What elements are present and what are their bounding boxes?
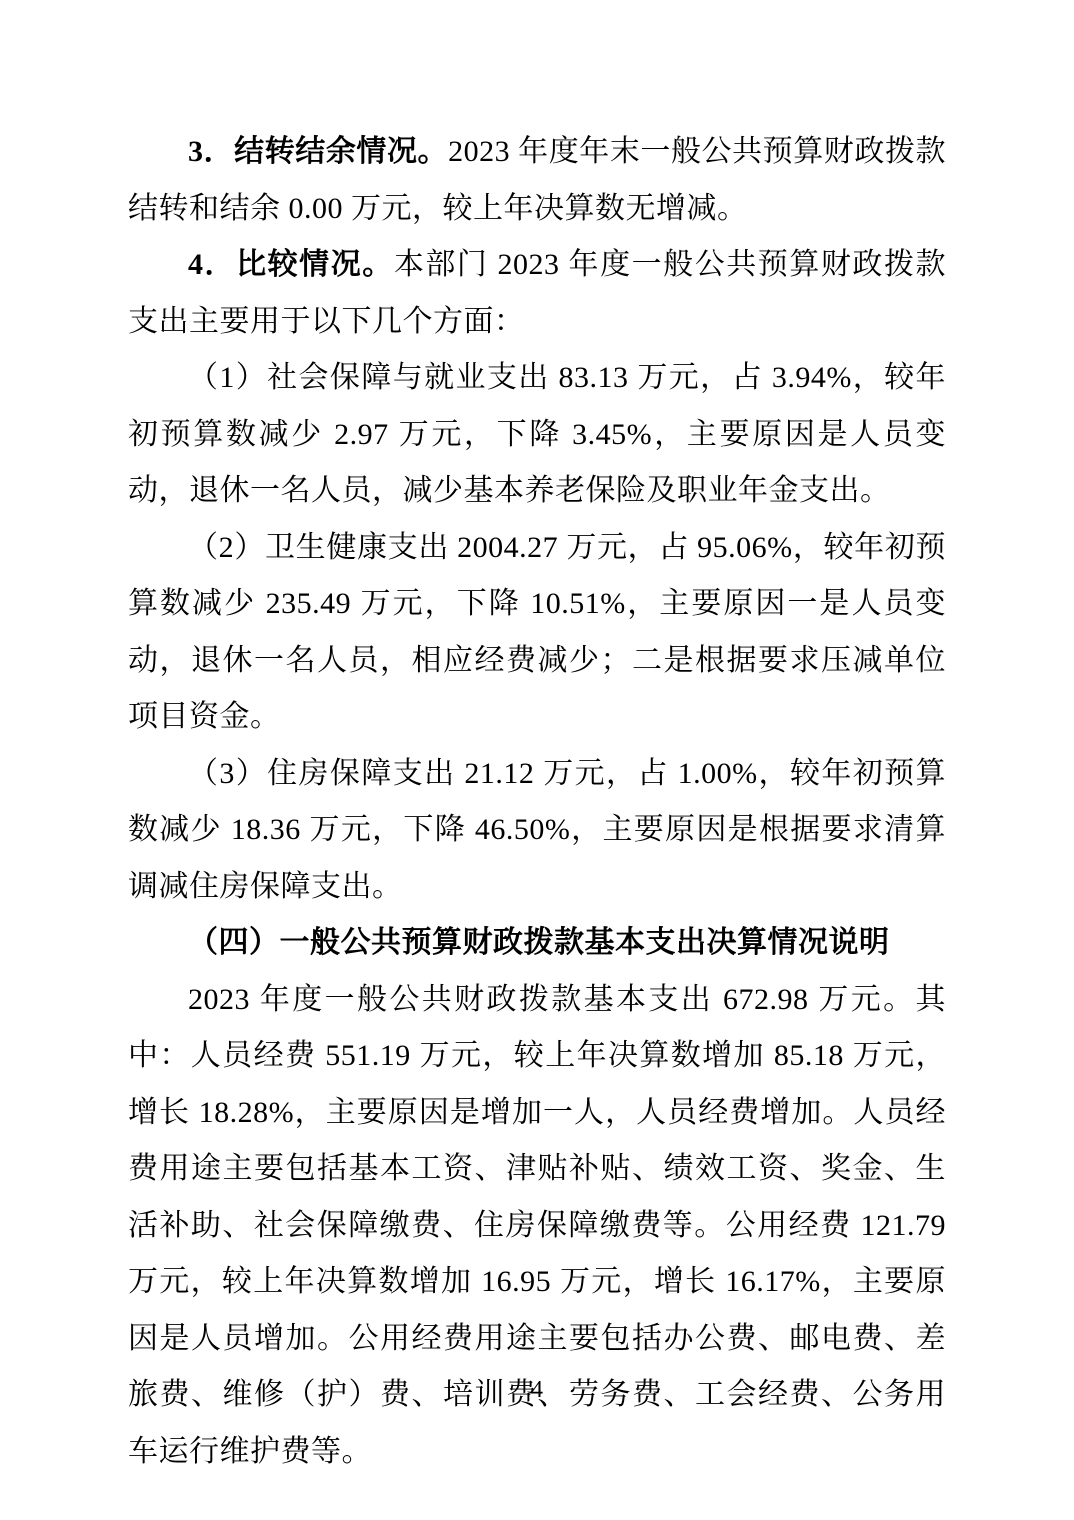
paragraph-carryover-balance: 3．结转结余情况。2023 年度年末一般公共预算财政拨款结转和结余 0.00 万… [128, 124, 946, 237]
paragraph-text: （1）社会保障与就业支出 83.13 万元，占 3.94%，较年初预算数减少 2… [128, 361, 946, 507]
paragraph-housing-spending: （3）住房保障支出 21.12 万元，占 1.00%，较年初预算数减少 18.3… [128, 746, 946, 916]
paragraph-text: （3）住房保障支出 21.12 万元，占 1.00%，较年初预算数减少 18.3… [128, 757, 946, 903]
paragraph-lead-bold: 4．比较情况。 [188, 248, 394, 281]
document-body: 3．结转结余情况。2023 年度年末一般公共预算财政拨款结转和结余 0.00 万… [128, 124, 946, 1480]
section-heading-basic-expenditure: （四）一般公共预算财政拨款基本支出决算情况说明 [128, 915, 946, 972]
document-page: 3．结转结余情况。2023 年度年末一般公共预算财政拨款结转和结余 0.00 万… [0, 0, 1074, 1520]
section-heading-text: （四）一般公共预算财政拨款基本支出决算情况说明 [188, 926, 890, 959]
paragraph-lead-bold: 3．结转结余情况。 [188, 135, 448, 168]
paragraph-comparison: 4．比较情况。本部门 2023 年度一般公共预算财政拨款支出主要用于以下几个方面… [128, 237, 946, 350]
page-number: 4 [0, 1374, 1074, 1406]
paragraph-text: （2）卫生健康支出 2004.27 万元，占 95.06%，较年初预算数减少 2… [128, 531, 946, 734]
paragraph-health-spending: （2）卫生健康支出 2004.27 万元，占 95.06%，较年初预算数减少 2… [128, 520, 946, 746]
paragraph-social-security-spending: （1）社会保障与就业支出 83.13 万元，占 3.94%，较年初预算数减少 2… [128, 350, 946, 520]
